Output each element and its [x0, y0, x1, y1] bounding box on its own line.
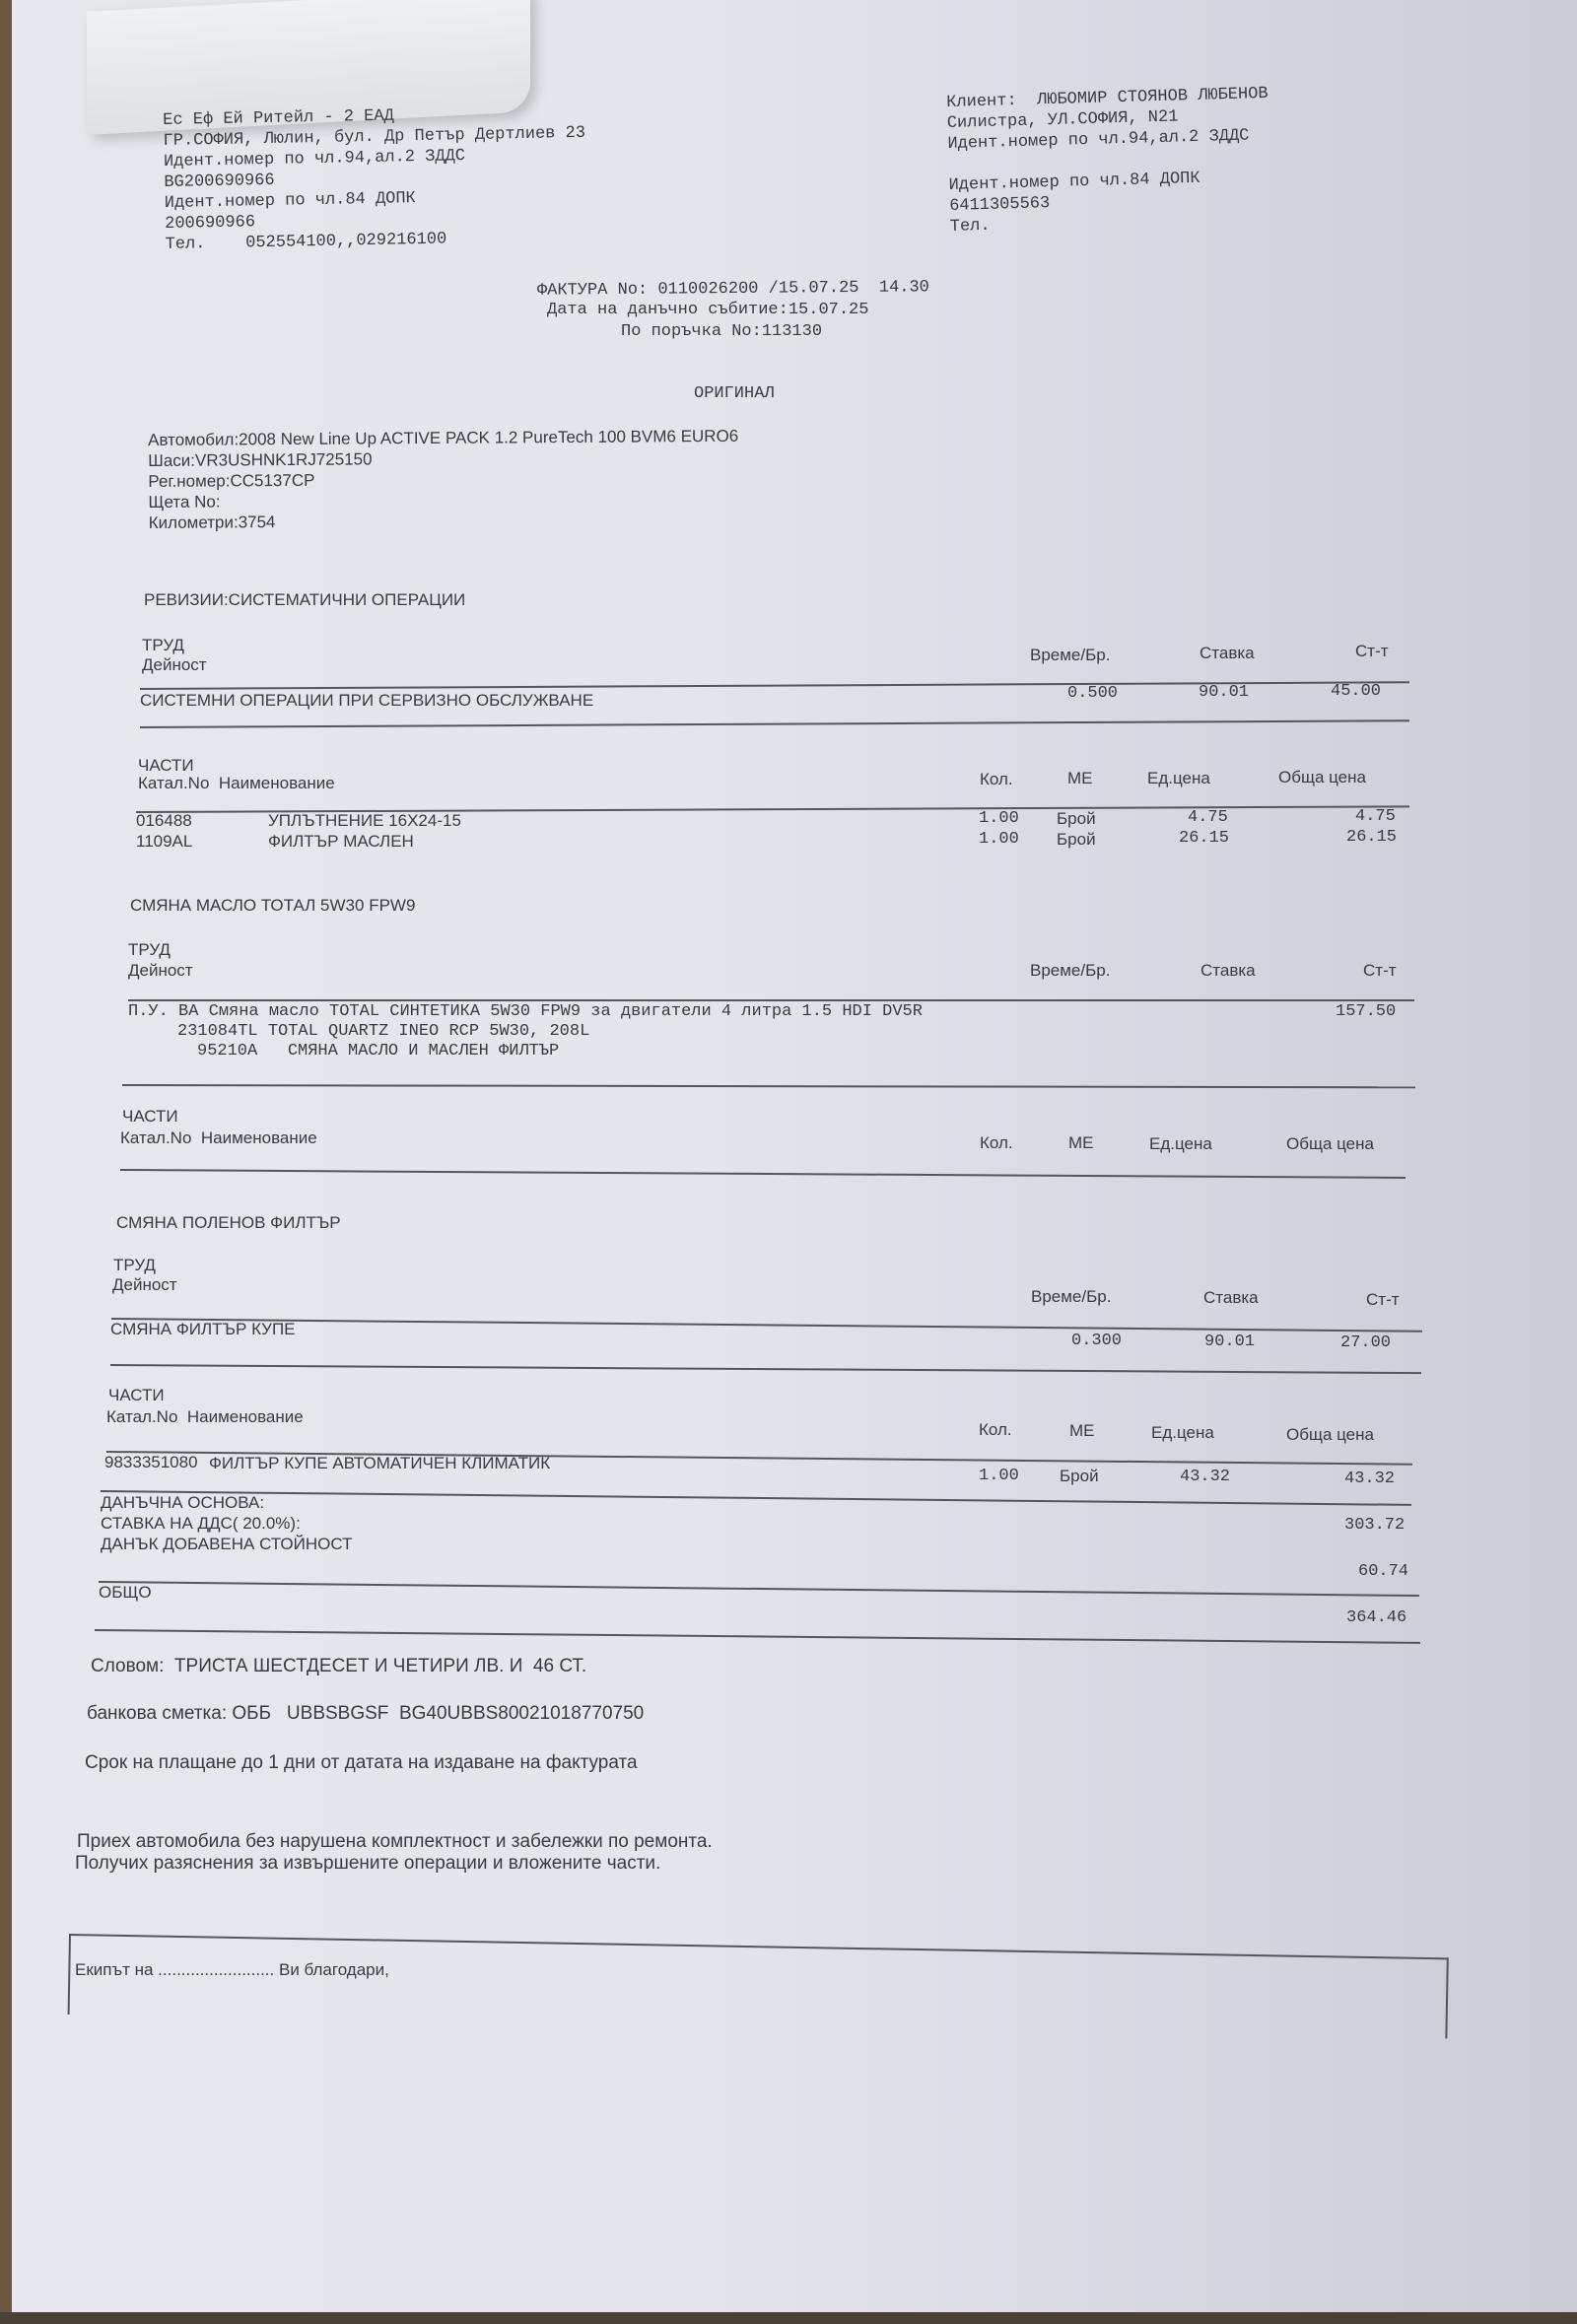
- part-total: 4.75: [1355, 806, 1396, 827]
- catalog-name-header: Катал.No Наименование: [106, 1406, 304, 1427]
- parts-label: ЧАСТИ: [122, 1106, 178, 1127]
- amount-header: Ст-т: [1363, 960, 1397, 981]
- amount-in-words: Словом: ТРИСТА ШЕСТДЕСЕТ И ЧЕТИРИ ЛВ. И …: [91, 1656, 586, 1676]
- divider: [99, 1581, 1419, 1597]
- catalog-name-header: Катал.No Наименование: [138, 773, 335, 793]
- labor-rate: 90.01: [1204, 1332, 1255, 1352]
- part-total: 26.15: [1346, 827, 1397, 848]
- divider: [101, 1490, 1411, 1506]
- rate-header: Ставка: [1203, 1287, 1259, 1308]
- rate-header: Ставка: [1200, 643, 1255, 663]
- thanks-frame: [68, 1934, 1449, 2038]
- part-unit-price: 43.32: [1180, 1467, 1230, 1487]
- part-name: УПЛЪТНЕНИЕ 16X24-15: [268, 810, 461, 831]
- labor-label: ТРУД: [113, 1255, 156, 1275]
- divider: [120, 1169, 1406, 1179]
- acknowledgement-line-1: Приех автомобила без нарушена комплектно…: [77, 1831, 713, 1852]
- tax-base-value: 303.72: [1344, 1515, 1405, 1536]
- unit-header: МЕ: [1069, 1420, 1095, 1441]
- labor-rate: 90.01: [1199, 682, 1249, 703]
- unit-price-header: Ед.цена: [1149, 1133, 1212, 1154]
- part-unit-price: 4.75: [1188, 807, 1228, 828]
- vat-value: 60.74: [1358, 1561, 1408, 1582]
- section-title: СМЯНА МАСЛО ТОТАЛ 5W30 FPW9: [130, 895, 415, 916]
- part-unit: Брой: [1060, 1466, 1099, 1486]
- rate-header: Ставка: [1200, 960, 1256, 981]
- unit-price-header: Ед.цена: [1151, 1422, 1214, 1443]
- supplier-block: Ес Еф Ей Ритейл - 2 ЕАД ГР.СОФИЯ, Люлин,…: [163, 103, 587, 255]
- unit-header: МЕ: [1067, 768, 1093, 788]
- time-header: Време/Бр.: [1030, 645, 1110, 665]
- labor-label: ТРУД: [128, 939, 171, 960]
- time-header: Време/Бр.: [1030, 960, 1110, 981]
- thanks-message: Екипът на ......................... Ви б…: [75, 1959, 389, 1980]
- labor-amount: 27.00: [1340, 1333, 1391, 1353]
- qty-header: Кол.: [979, 1419, 1012, 1440]
- part-catalog: 1109AL: [136, 831, 192, 852]
- total-price-header: Обща цена: [1286, 1133, 1374, 1154]
- catalog-name-header: Катал.No Наименование: [120, 1128, 317, 1148]
- activity-header: Дейност: [142, 654, 207, 675]
- unit-header: МЕ: [1068, 1132, 1094, 1153]
- vehicle-block: Автомобил:2008 New Line Up ACTIVE PACK 1…: [148, 426, 739, 533]
- part-unit: Брой: [1057, 829, 1096, 850]
- divider: [140, 719, 1409, 728]
- qty-header: Кол.: [980, 1132, 1013, 1153]
- part-unit-price: 26.15: [1179, 828, 1229, 849]
- total-label: ОБЩО: [99, 1582, 152, 1603]
- order-number: По поръчка No:113130: [621, 321, 822, 342]
- invoice-number: ФАКТУРА No: 0110026200 /15.07.25 14.30: [537, 277, 929, 301]
- section-title: РЕВИЗИИ:СИСТЕМАТИЧНИ ОПЕРАЦИИ: [144, 589, 465, 610]
- acknowledgement-line-2: Получих разяснения за извършените операц…: [75, 1853, 660, 1874]
- part-qty: 1.00: [979, 829, 1019, 850]
- part-unit: Брой: [1057, 808, 1096, 829]
- labor-activity: СМЯНА ФИЛТЪР КУПЕ: [110, 1319, 296, 1339]
- labor-time: 0.500: [1067, 683, 1118, 704]
- part-name: ФИЛТЪР КУПЕ АВТОМАТИЧЕН КЛИМАТИК: [209, 1453, 550, 1473]
- part-qty: 1.00: [979, 808, 1019, 829]
- part-catalog: 016488: [136, 810, 192, 831]
- labor-activity: СИСТЕМНИ ОПЕРАЦИИ ПРИ СЕРВИЗНО ОБСЛУЖВАН…: [140, 690, 593, 711]
- activity-header: Дейност: [128, 960, 193, 981]
- tax-event-date: Дата на данъчно събитие:15.07.25: [547, 300, 868, 320]
- part-catalog: 9833351080: [104, 1452, 198, 1472]
- divider: [122, 1084, 1415, 1088]
- part-qty: 1.00: [979, 1466, 1019, 1486]
- tax-base-label: ДАНЪЧНА ОСНОВА:: [101, 1492, 264, 1513]
- invoice-page: Ес Еф Ей Ритейл - 2 ЕАД ГР.СОФИЯ, Люлин,…: [0, 0, 1577, 2324]
- divider: [95, 1629, 1420, 1644]
- labor-activity: П.У. ВА Смяна масло TOTAL СИНТЕТИКА 5W30…: [128, 1001, 923, 1022]
- labor-detail: 95210A СМЯНА МАСЛО И МАСЛЕН ФИЛТЪР: [197, 1041, 559, 1061]
- total-price-header: Обща цена: [1278, 767, 1366, 787]
- client-block: Клиент: ЛЮБОМИР СТОЯНОВ ЛЮБЕНОВ Силистра…: [946, 84, 1271, 238]
- labor-amount: 45.00: [1331, 681, 1381, 702]
- part-name: ФИЛТЪР МАСЛЕН: [268, 831, 414, 852]
- vat-label: ДАНЪК ДОБАВЕНА СТОЙНОСТ: [101, 1534, 352, 1554]
- copy-label: ОРИГИНАЛ: [694, 383, 775, 404]
- amount-header: Ст-т: [1366, 1289, 1400, 1310]
- activity-header: Дейност: [112, 1274, 177, 1295]
- divider: [111, 1318, 1422, 1333]
- payment-term: Срок на плащане до 1 дни от датата на из…: [85, 1752, 638, 1773]
- labor-detail: 231084TL TOTAL QUARTZ INEO RCP 5W30, 208…: [177, 1021, 589, 1042]
- vehicle-km: Километри:3754: [149, 509, 739, 533]
- qty-header: Кол.: [980, 769, 1013, 789]
- labor-time: 0.300: [1071, 1331, 1122, 1351]
- vat-rate-label: СТАВКА НА ДДС( 20.0%):: [101, 1513, 301, 1534]
- amount-header: Ст-т: [1355, 641, 1389, 661]
- bank-account: банкова сметка: ОББ UBBSBGSF BG40UBBS800…: [87, 1703, 644, 1724]
- labor-amount: 157.50: [1336, 1001, 1396, 1022]
- part-total: 43.32: [1344, 1469, 1395, 1489]
- time-header: Време/Бр.: [1031, 1286, 1111, 1307]
- parts-label: ЧАСТИ: [108, 1385, 165, 1405]
- section-title: СМЯНА ПОЛЕНОВ ФИЛТЪР: [116, 1212, 341, 1233]
- unit-price-header: Ед.цена: [1147, 768, 1210, 788]
- total-value: 364.46: [1346, 1607, 1406, 1628]
- divider: [110, 1364, 1421, 1374]
- total-price-header: Обща цена: [1286, 1424, 1374, 1445]
- labor-label: ТРУД: [142, 635, 184, 655]
